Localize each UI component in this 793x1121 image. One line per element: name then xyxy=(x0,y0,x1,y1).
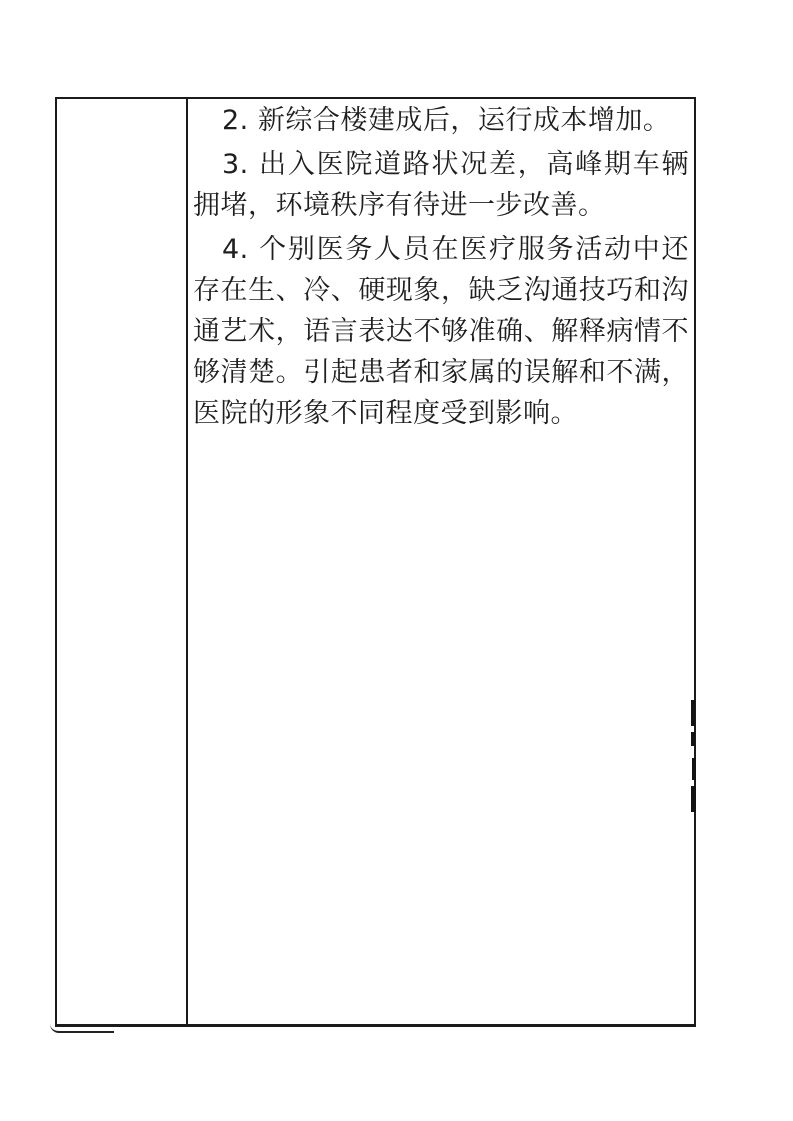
document-table: 2. 新综合楼建成后，运行成本增加。 3. 出入医院道路状况差，高峰期车辆拥堵，… xyxy=(55,97,696,1027)
table-right-cell: 2. 新综合楼建成后，运行成本增加。 3. 出入医院道路状况差，高峰期车辆拥堵，… xyxy=(188,99,694,1024)
scan-artifact-bottom-left-corner xyxy=(50,1024,114,1033)
scan-artifact-right-border xyxy=(691,700,696,812)
list-item-2: 2. 新综合楼建成后，运行成本增加。 xyxy=(193,100,689,141)
list-item-3: 3. 出入医院道路状况差，高峰期车辆拥堵，环境秩序有待进一步改善。 xyxy=(193,144,689,226)
table-left-cell xyxy=(57,99,188,1024)
list-item-4: 4. 个别医务人员在医疗服务活动中还存在生、冷、硬现象，缺乏沟通技巧和沟通艺术，… xyxy=(193,229,689,434)
